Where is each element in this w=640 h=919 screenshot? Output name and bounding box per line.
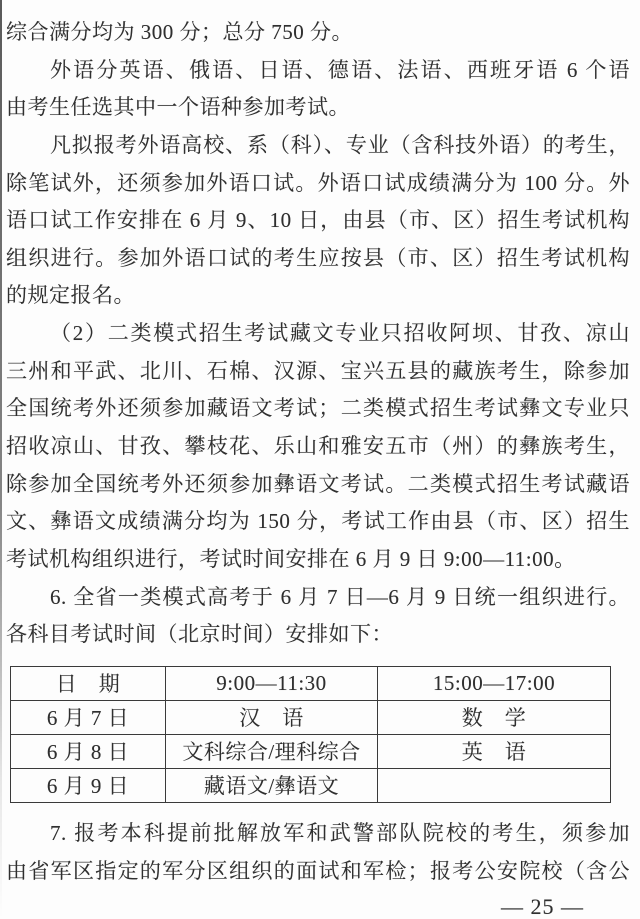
cell-r2-c1: 文科综合/理科综合 [166, 734, 378, 768]
table-row-1: 6 月 7 日汉 语数 学 [11, 700, 611, 734]
paragraph-3-line-3: 语口试工作安排在 6 月 9、10 日，由县（市、区）招生考试机构 [6, 202, 630, 240]
paragraph-3-line-5: 的规定报名。 [6, 277, 630, 315]
document-page: 综合满分均为 300 分；总分 750 分。外语分英语、俄语、日语、德语、法语、… [0, 0, 640, 919]
paragraph-2-line-2: 由考生任选其中一个语种参加考试。 [6, 89, 630, 127]
paragraph-5-line-2: 各科目考试时间（北京时间）安排如下： [6, 616, 630, 654]
paragraph-6-line-2: 由省军区指定的军分区组织的面试和军检；报考公安院校（含公 [6, 853, 630, 891]
paragraph-6-line-1: 7. 报考本科提前批解放军和武警部队院校的考生，须参加 [6, 815, 630, 853]
paragraph-4-line-2: 三州和平武、北川、石棉、汉源、宝兴五县的藏族考生，除参加 [6, 353, 630, 391]
paragraph-4-line-4: 招收凉山、甘孜、攀枝花、乐山和雅安五市（州）的彝族考生， [6, 428, 630, 466]
cell-r2-c0: 6 月 8 日 [11, 734, 166, 768]
paragraph-3-line-2: 除笔试外，还须参加外语口试。外语口试成绩满分为 100 分。外 [6, 165, 630, 203]
cell-r3-c1: 藏语文/彝语文 [166, 768, 378, 802]
paragraph-2-line-1: 外语分英语、俄语、日语、德语、法语、西班牙语 6 个语种， [6, 52, 630, 90]
table-row-3: 6 月 9 日藏语文/彝语文 [11, 768, 611, 802]
cell-r3-c0: 6 月 9 日 [11, 768, 166, 802]
paragraph-4-line-7: 考试机构组织进行，考试时间安排在 6 月 9 日 9:00—11:00。 [6, 541, 630, 579]
document-content: 综合满分均为 300 分；总分 750 分。外语分英语、俄语、日语、德语、法语、… [0, 0, 640, 919]
cell-r3-c2 [378, 768, 611, 802]
paragraph-1-line-1: 综合满分均为 300 分；总分 750 分。 [6, 14, 630, 52]
cell-r1-c1: 汉 语 [166, 700, 378, 734]
header-cell-1: 9:00—11:30 [166, 666, 378, 700]
paragraph-4-line-3: 全国统考外还须参加藏语文考试；二类模式招生考试彝文专业只 [6, 390, 630, 428]
paragraph-4-line-1: （2）二类模式招生考试藏文专业只招收阿坝、甘孜、凉山 [6, 315, 630, 353]
header-cell-0: 日 期 [11, 666, 166, 700]
cell-r1-c2: 数 学 [378, 700, 611, 734]
body-paragraphs-after-table: 7. 报考本科提前批解放军和武警部队院校的考生，须参加由省军区指定的军分区组织的… [6, 815, 630, 890]
header-cell-2: 15:00—17:00 [378, 666, 611, 700]
page-number: — 25 — [6, 893, 630, 919]
paragraph-3-line-4: 组织进行。参加外语口试的考生应按县（市、区）招生考试机构 [6, 240, 630, 278]
paragraph-5-line-1: 6. 全省一类模式高考于 6 月 7 日—6 月 9 日统一组织进行。 [6, 579, 630, 617]
cell-r1-c0: 6 月 7 日 [11, 700, 166, 734]
body-paragraphs-before-table: 综合满分均为 300 分；总分 750 分。外语分英语、俄语、日语、德语、法语、… [6, 14, 630, 654]
paragraph-3-line-1: 凡拟报考外语高校、系（科）、专业（含科技外语）的考生， [6, 127, 630, 165]
paragraph-4-line-6: 文、彝语文成绩满分均为 150 分，考试工作由县（市、区）招生 [6, 503, 630, 541]
table-header-row: 日 期9:00—11:3015:00—17:00 [11, 666, 611, 700]
cell-r2-c2: 英 语 [378, 734, 611, 768]
table-row-2: 6 月 8 日文科综合/理科综合英 语 [11, 734, 611, 768]
exam-schedule-table: 日 期9:00—11:3015:00—17:006 月 7 日汉 语数 学6 月… [10, 666, 611, 803]
paragraph-4-line-5: 除参加全国统考外还须参加彝语文考试。二类模式招生考试藏语 [6, 466, 630, 504]
